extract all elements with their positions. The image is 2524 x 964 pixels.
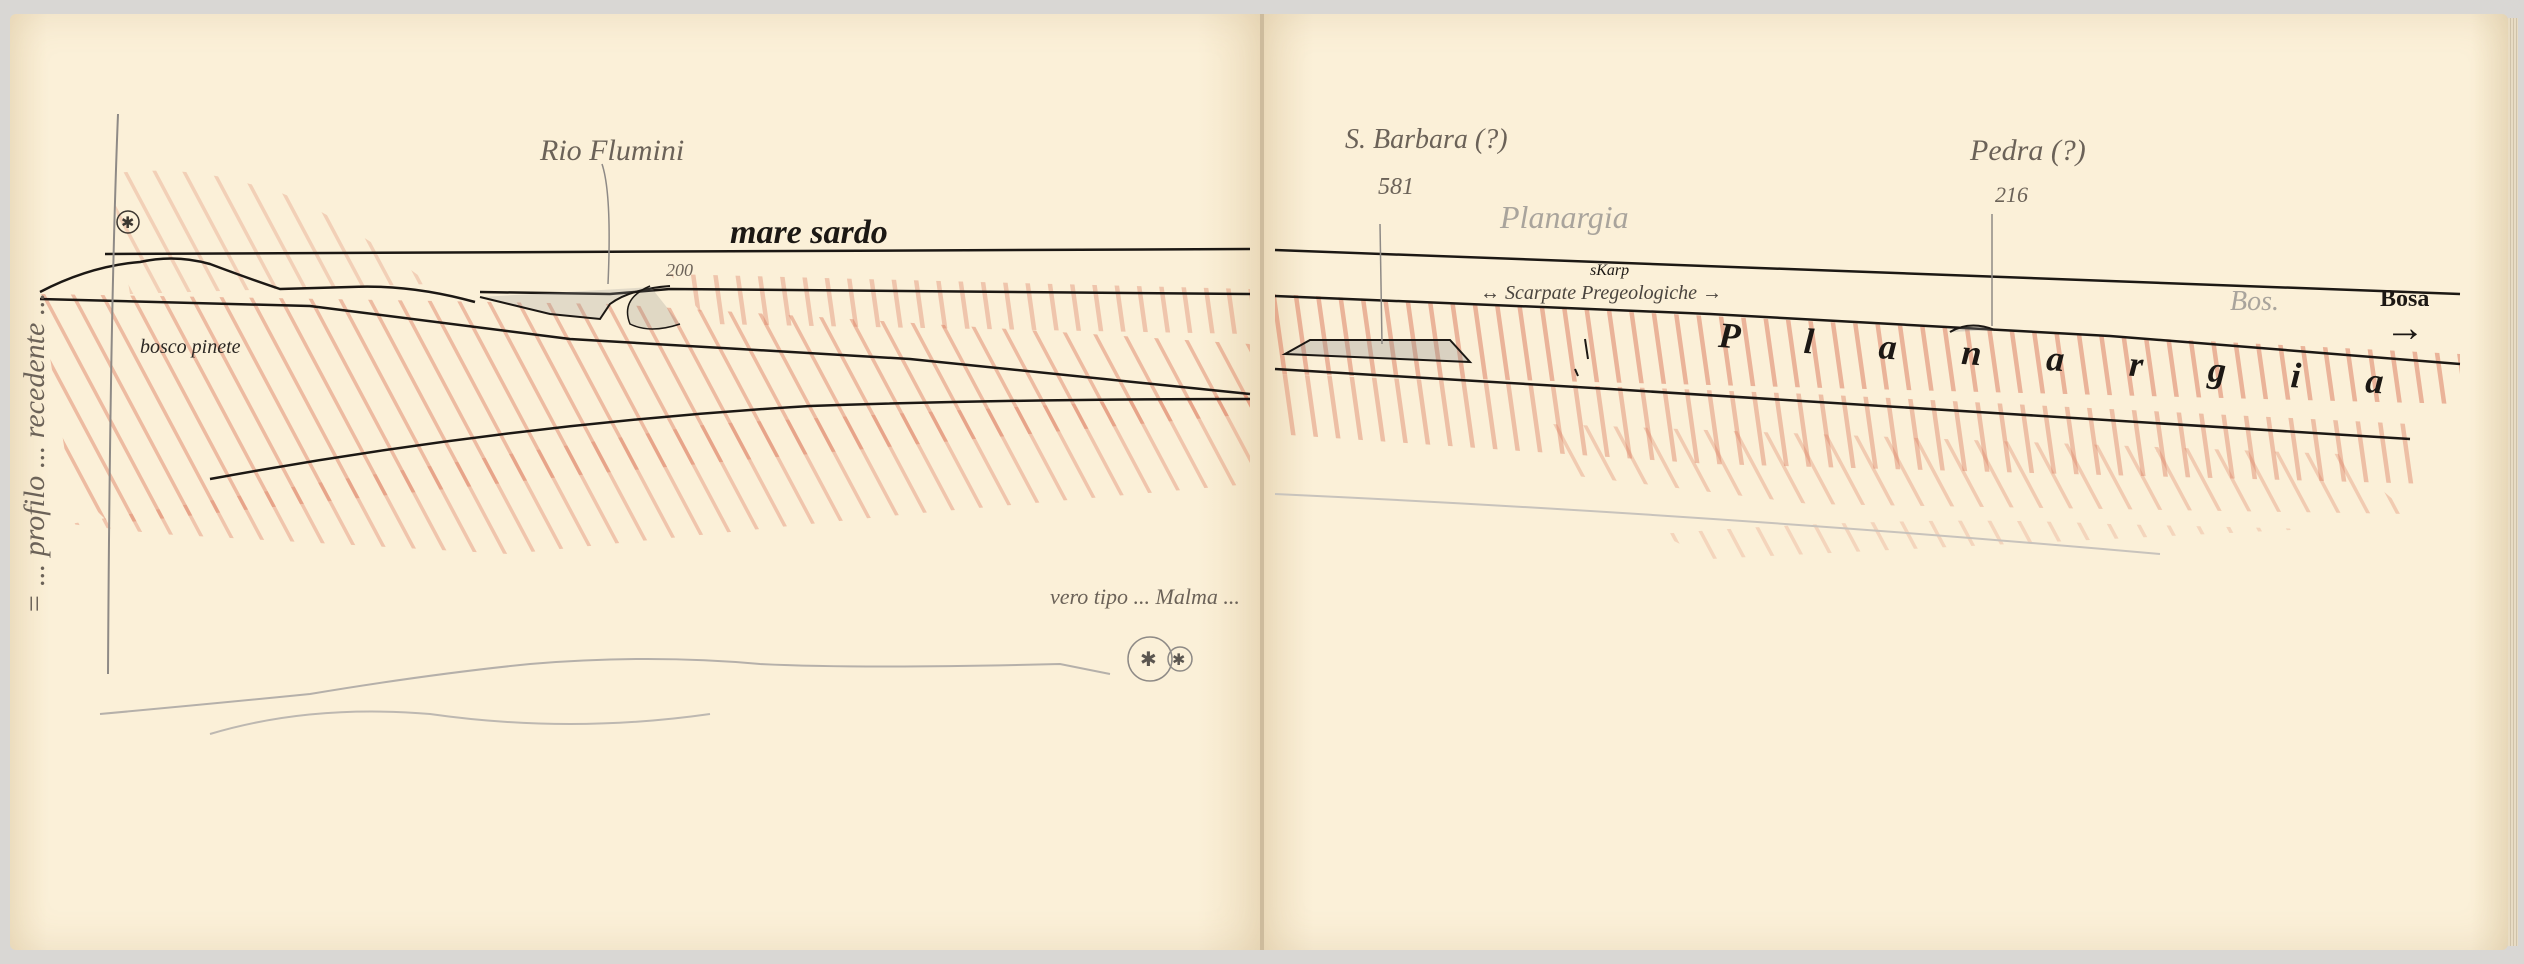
label-mare-sardo: mare sardo — [730, 214, 888, 252]
arrow-right-icon: → — [2385, 304, 2425, 351]
svg-text:✱: ✱ — [1140, 649, 1157, 671]
label-elevation-581: 581 — [1378, 174, 1414, 201]
sketchbook-spread: ✱ ✱ ✱ = ... profilo ... recedente ... Ri… — [10, 14, 2518, 950]
vertical-margin-note: = ... profilo ... recedente ... — [18, 293, 52, 614]
svg-text:✱: ✱ — [1172, 652, 1185, 669]
label-elevation-200: 200 — [666, 260, 693, 281]
bottom-note: vero tipo ... Malma ... — [1050, 584, 1240, 610]
horizon-line-right — [1275, 250, 2460, 294]
label-santa-barbara: S. Barbara (?) — [1345, 124, 1508, 156]
label-bosco-pinete: bosco pinete — [140, 336, 241, 359]
label-pedra: Pedra (?) — [1970, 134, 2086, 168]
landscape-sketch: ✱ ✱ ✱ — [10, 14, 2518, 950]
label-scarpate: ↔ Scarpate Pregeologiche → — [1480, 282, 1722, 305]
label-bosa-faint: Bos. — [2230, 286, 2279, 318]
label-planargia-faint: Planargia — [1500, 199, 1629, 236]
label-small-scarp-note: sKarp — [1590, 262, 1629, 280]
label-elevation-216: 216 — [1995, 182, 2028, 208]
circled-asterisk-icon-pair: ✱ ✱ — [1128, 637, 1192, 681]
label-rio-flumini: Rio Flumini — [540, 134, 684, 168]
svg-text:✱: ✱ — [121, 215, 134, 232]
